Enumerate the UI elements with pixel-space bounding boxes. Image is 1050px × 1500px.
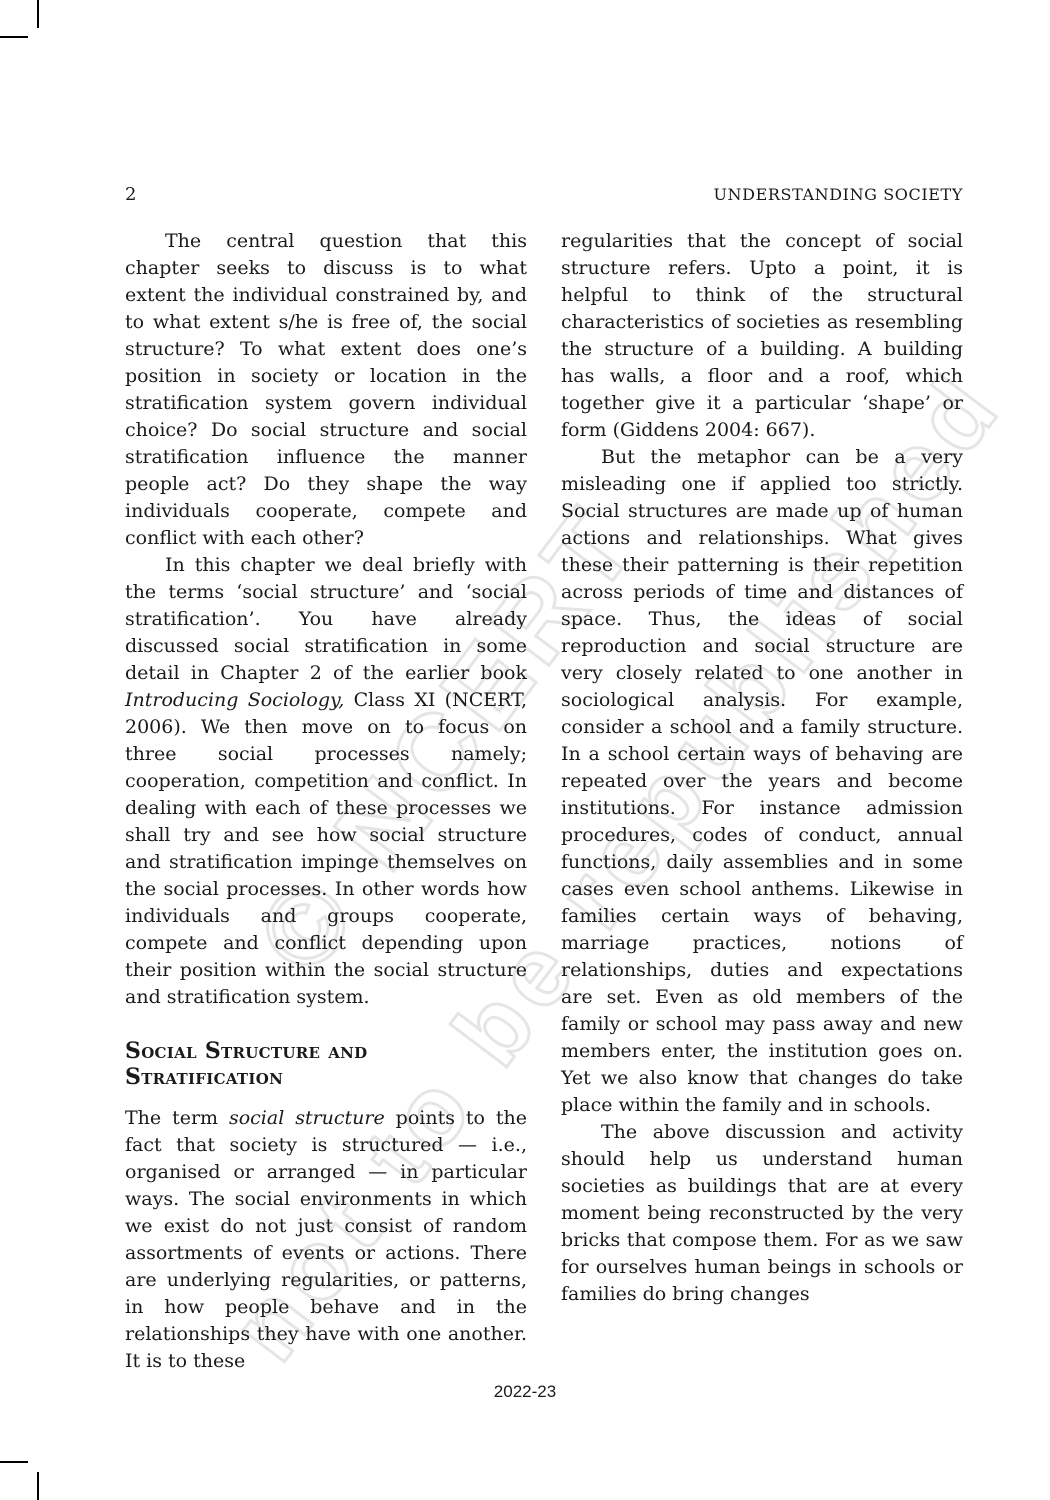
running-title: UNDERSTANDING SOCIETY [713, 185, 963, 204]
paragraph-chapter-overview: In this chapter we deal briefly with the… [125, 552, 527, 1011]
section-heading: Social Structure and Stratification [125, 1038, 527, 1090]
crop-mark-bottom-left-horizontal [0, 1461, 28, 1463]
text-columns: The central question that this chapter s… [125, 228, 963, 1375]
edition-year: 2022-23 [494, 1382, 556, 1401]
italic-book-title: Introducing Sociology, [125, 689, 344, 711]
text-run: The term [125, 1107, 229, 1129]
text-run: points to the fact that society is struc… [125, 1107, 527, 1372]
page-number: 2 [125, 184, 136, 205]
paragraph-above-discussion: The above discussion and activity should… [561, 1119, 963, 1308]
crop-mark-top-left-vertical [37, 0, 39, 28]
text-run: In this chapter we deal briefly with the… [125, 554, 527, 684]
italic-term: social structure [229, 1107, 385, 1129]
page-footer: 2022-23 [0, 1382, 1050, 1402]
paragraph-social-structure-term: The term social structure points to the … [125, 1105, 527, 1375]
paragraph-central-question: The central question that this chapter s… [125, 228, 527, 552]
right-column: regularities that the concept of social … [561, 228, 963, 1375]
crop-mark-bottom-left-vertical [37, 1472, 39, 1500]
book-page: © NCERT not to be republished 2 UNDERSTA… [0, 0, 1050, 1500]
page-header: 2 UNDERSTANDING SOCIETY [125, 184, 963, 205]
text-run: Class XI (NCERT, 2006). We then move on … [125, 689, 527, 1008]
left-column: The central question that this chapter s… [125, 228, 527, 1375]
crop-mark-top-left-horizontal [0, 36, 28, 38]
paragraph-building-metaphor: regularities that the concept of social … [561, 228, 963, 444]
paragraph-metaphor-limits: But the metaphor can be a very misleadin… [561, 444, 963, 1119]
